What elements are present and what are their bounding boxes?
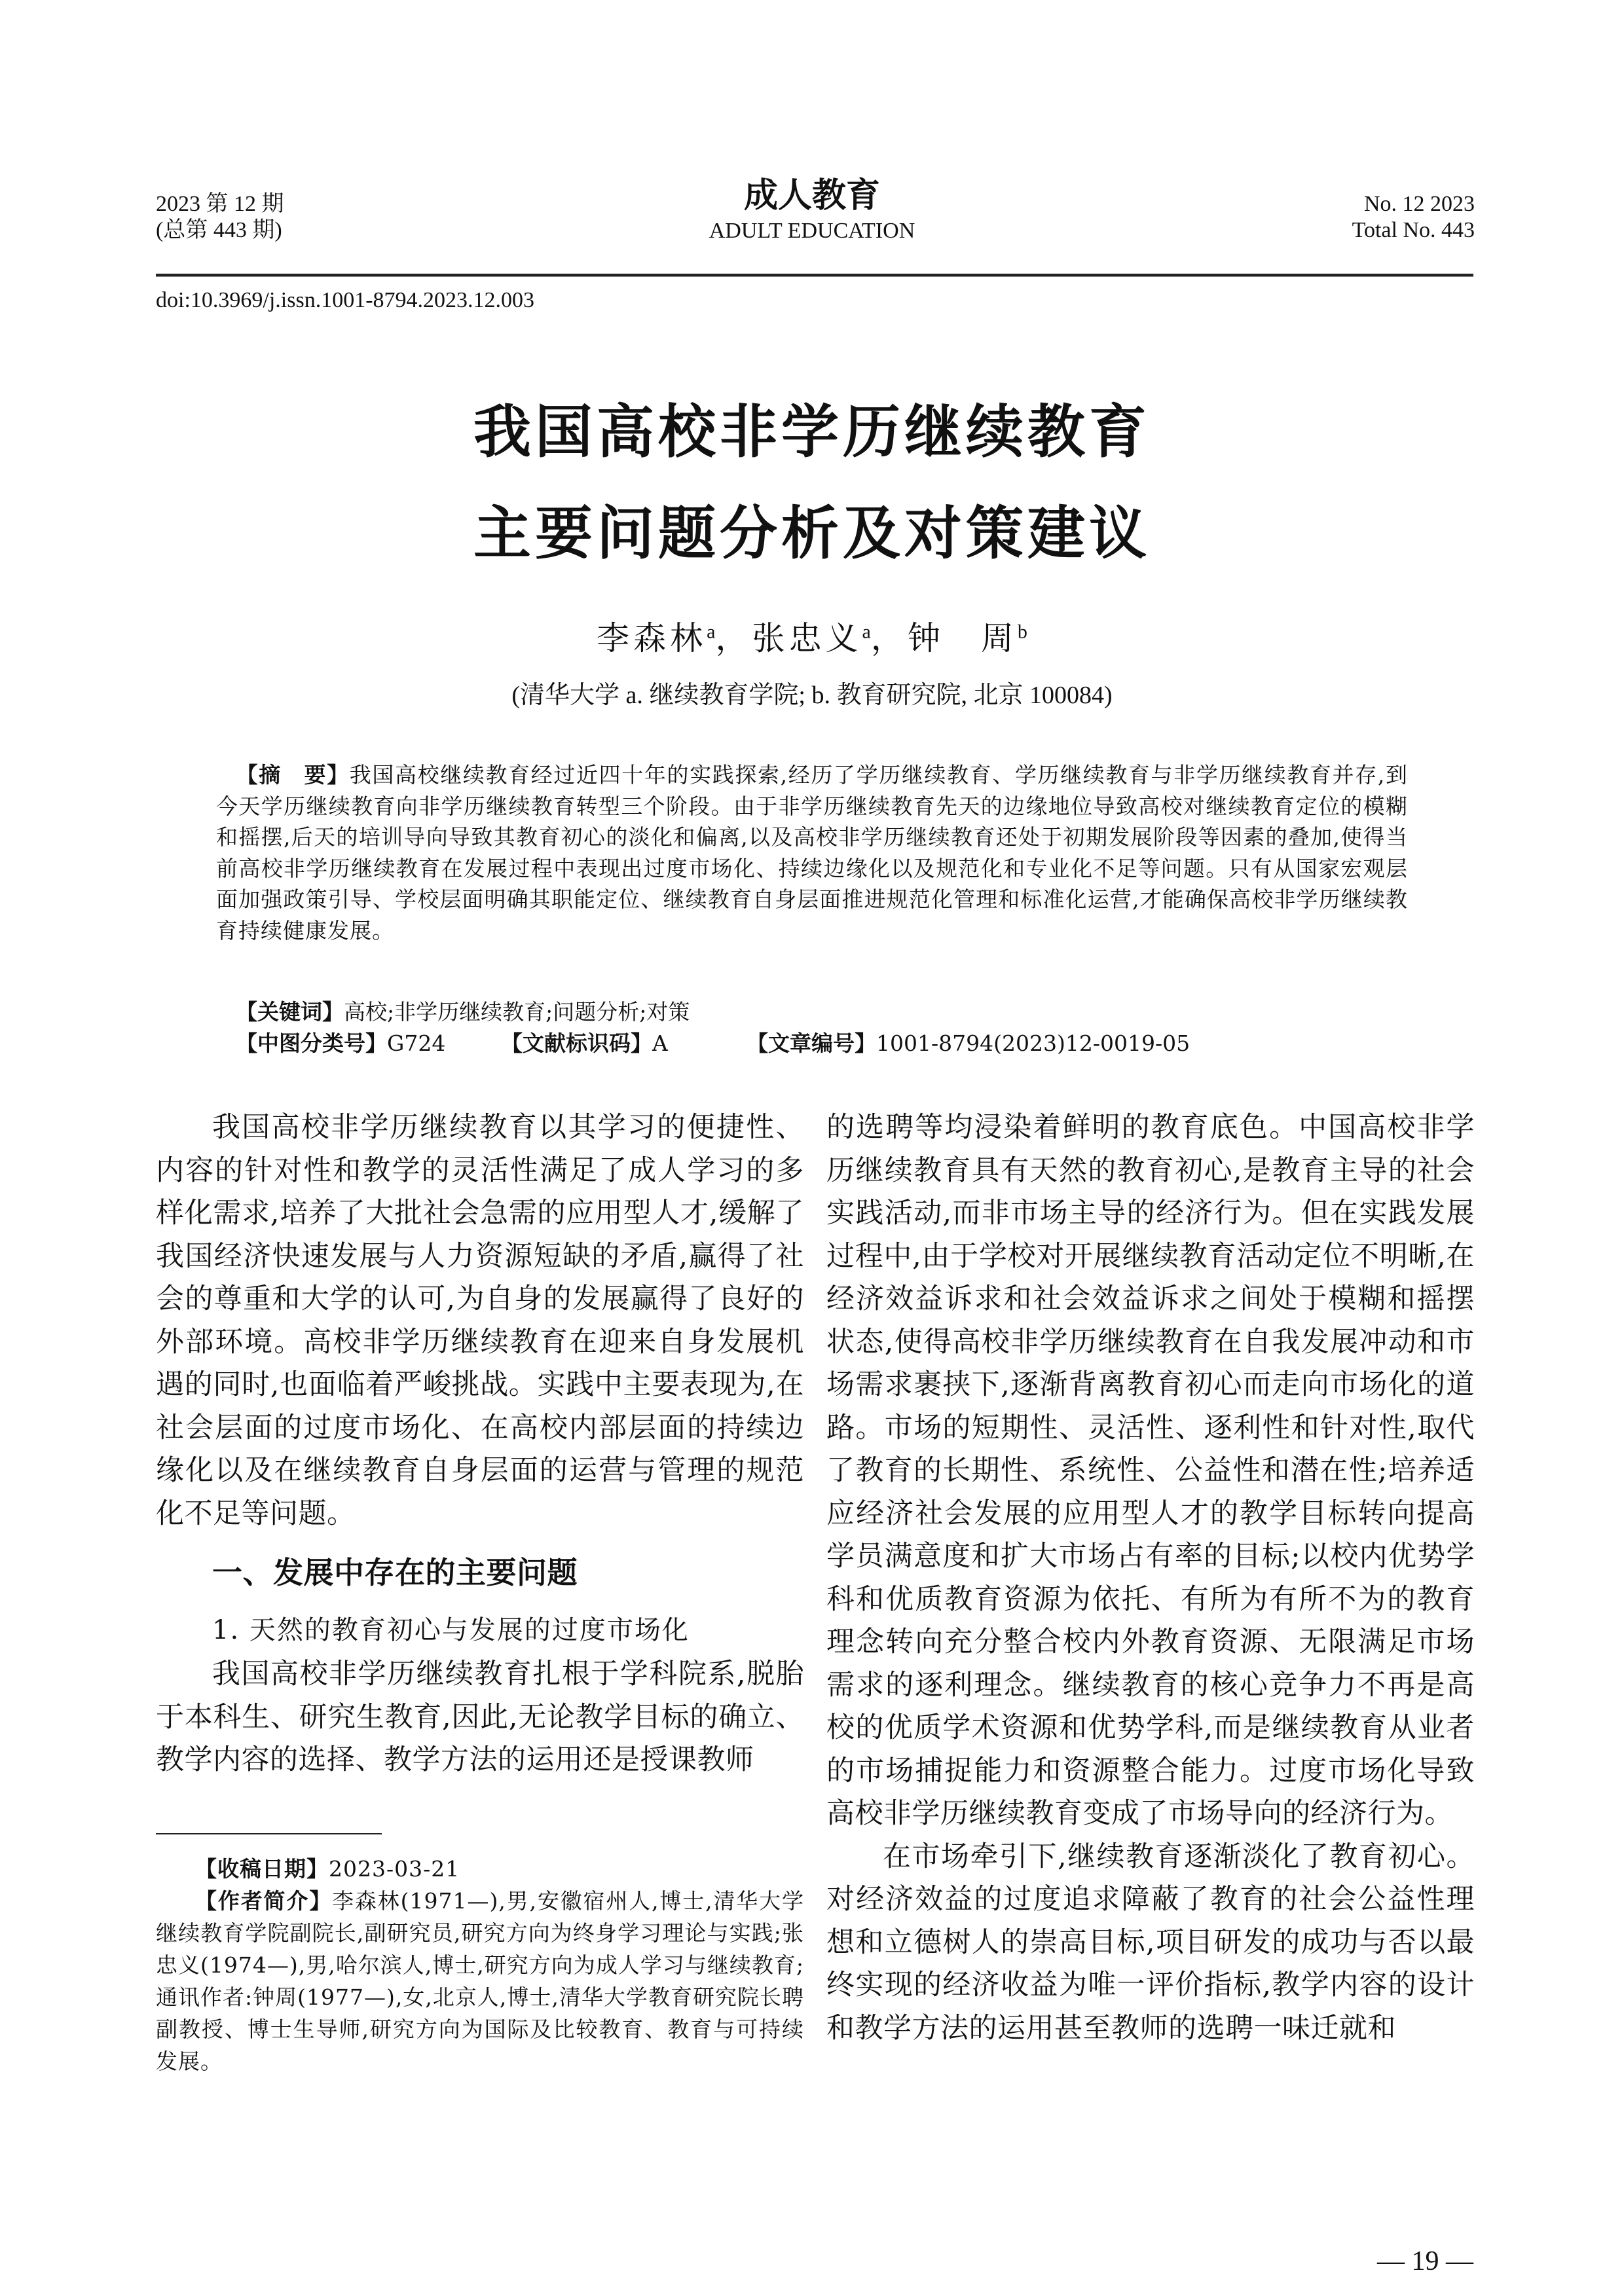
author-separator: ，	[716, 619, 752, 657]
footnote-rule	[156, 1833, 382, 1834]
keywords: 【关键词】高校;非学历继续教育;问题分析;对策	[236, 995, 690, 1026]
subsection-heading: 1. 天然的教育初心与发展的过度市场化	[212, 1607, 804, 1653]
body-paragraph: 我国高校非学历继续教育扎根于学科院系,脱胎于本科生、研究生教育,因此,无论教学目…	[156, 1653, 804, 1782]
doi[interactable]: doi:10.3969/j.issn.1001-8794.2023.12.003	[156, 288, 534, 313]
classification-info: 【中图分类号】G724【文献标识码】A【文章编号】1001-8794(2023)…	[236, 1027, 1190, 1057]
article-number-label: 【文章编号】	[747, 1030, 876, 1056]
abstract: 【摘 要】我国高校继续教育经过近四十年的实践探索,经历了学历继续教育、学历继续教…	[216, 759, 1408, 946]
body-column-left: 我国高校非学历继续教育以其学习的便捷性、内容的针对性和教学的灵活性满足了成人学习…	[156, 1106, 804, 1782]
abstract-label: 【摘 要】	[236, 762, 350, 788]
total-issue-number-en: Total No. 443	[1352, 217, 1475, 244]
clc-label: 【中图分类号】	[236, 1030, 387, 1056]
author-affiliation-mark: a	[707, 621, 715, 642]
received-date-label: 【收稿日期】	[195, 1856, 329, 1882]
article-title-line-2: 主要问题分析及对策建议	[0, 488, 1624, 570]
author-bio-text: 李森林(1971—),男,安徽宿州人,博士,清华大学继续教育学院副院长,副研究员…	[156, 1888, 804, 2074]
issue-info-right: No. 12 2023 Total No. 443	[1352, 191, 1475, 244]
article-number-value: 1001-8794(2023)12-0019-05	[876, 1030, 1190, 1056]
author-list: 李森林a，张忠义a，钟 周b	[0, 612, 1624, 659]
body-paragraph: 在市场牵引下,继续教育逐渐淡化了教育初心。对经济效益的过度追求障蔽了教育的社会公…	[826, 1836, 1475, 2050]
keywords-text: 高校;非学历继续教育;问题分析;对策	[344, 999, 690, 1025]
section-heading: 一、发展中存在的主要问题	[212, 1550, 804, 1595]
author-name: 张忠义	[752, 619, 862, 657]
header-rule	[156, 274, 1473, 277]
author-name: 钟 周	[908, 619, 1018, 657]
body-paragraph-continued: 的选聘等均浸染着鲜明的教育底色。中国高校非学历继续教育具有天然的教育初心,是教育…	[826, 1106, 1475, 1836]
doc-code-value: A	[652, 1030, 668, 1056]
author-affiliation-mark: a	[862, 621, 871, 642]
footnotes: 【收稿日期】2023-03-21 【作者简介】李森林(1971—),男,安徽宿州…	[156, 1853, 804, 2077]
author-affiliation-mark: b	[1018, 621, 1027, 642]
clc-value: G724	[387, 1030, 445, 1056]
intro-paragraph: 我国高校非学历继续教育以其学习的便捷性、内容的针对性和教学的灵活性满足了成人学习…	[156, 1106, 804, 1535]
issue-number-en: No. 12 2023	[1352, 191, 1475, 217]
page-number: — 19 —	[1377, 2246, 1473, 2277]
author-name: 李森林	[597, 619, 707, 657]
author-bio-label: 【作者简介】	[195, 1888, 332, 1914]
abstract-text: 我国高校继续教育经过近四十年的实践探索,经历了学历继续教育、学历继续教育与非学历…	[216, 762, 1408, 943]
affiliation: (清华大学 a. 继续教育学院; b. 教育研究院, 北京 100084)	[0, 674, 1624, 710]
keywords-label: 【关键词】	[236, 999, 344, 1025]
body-column-right: 的选聘等均浸染着鲜明的教育底色。中国高校非学历继续教育具有天然的教育初心,是教育…	[826, 1106, 1475, 2050]
author-separator: ，	[871, 619, 908, 657]
doc-code-label: 【文献标识码】	[501, 1030, 652, 1056]
article-title-line-1: 我国高校非学历继续教育	[0, 386, 1624, 469]
received-date-value: 2023-03-21	[329, 1856, 460, 1882]
